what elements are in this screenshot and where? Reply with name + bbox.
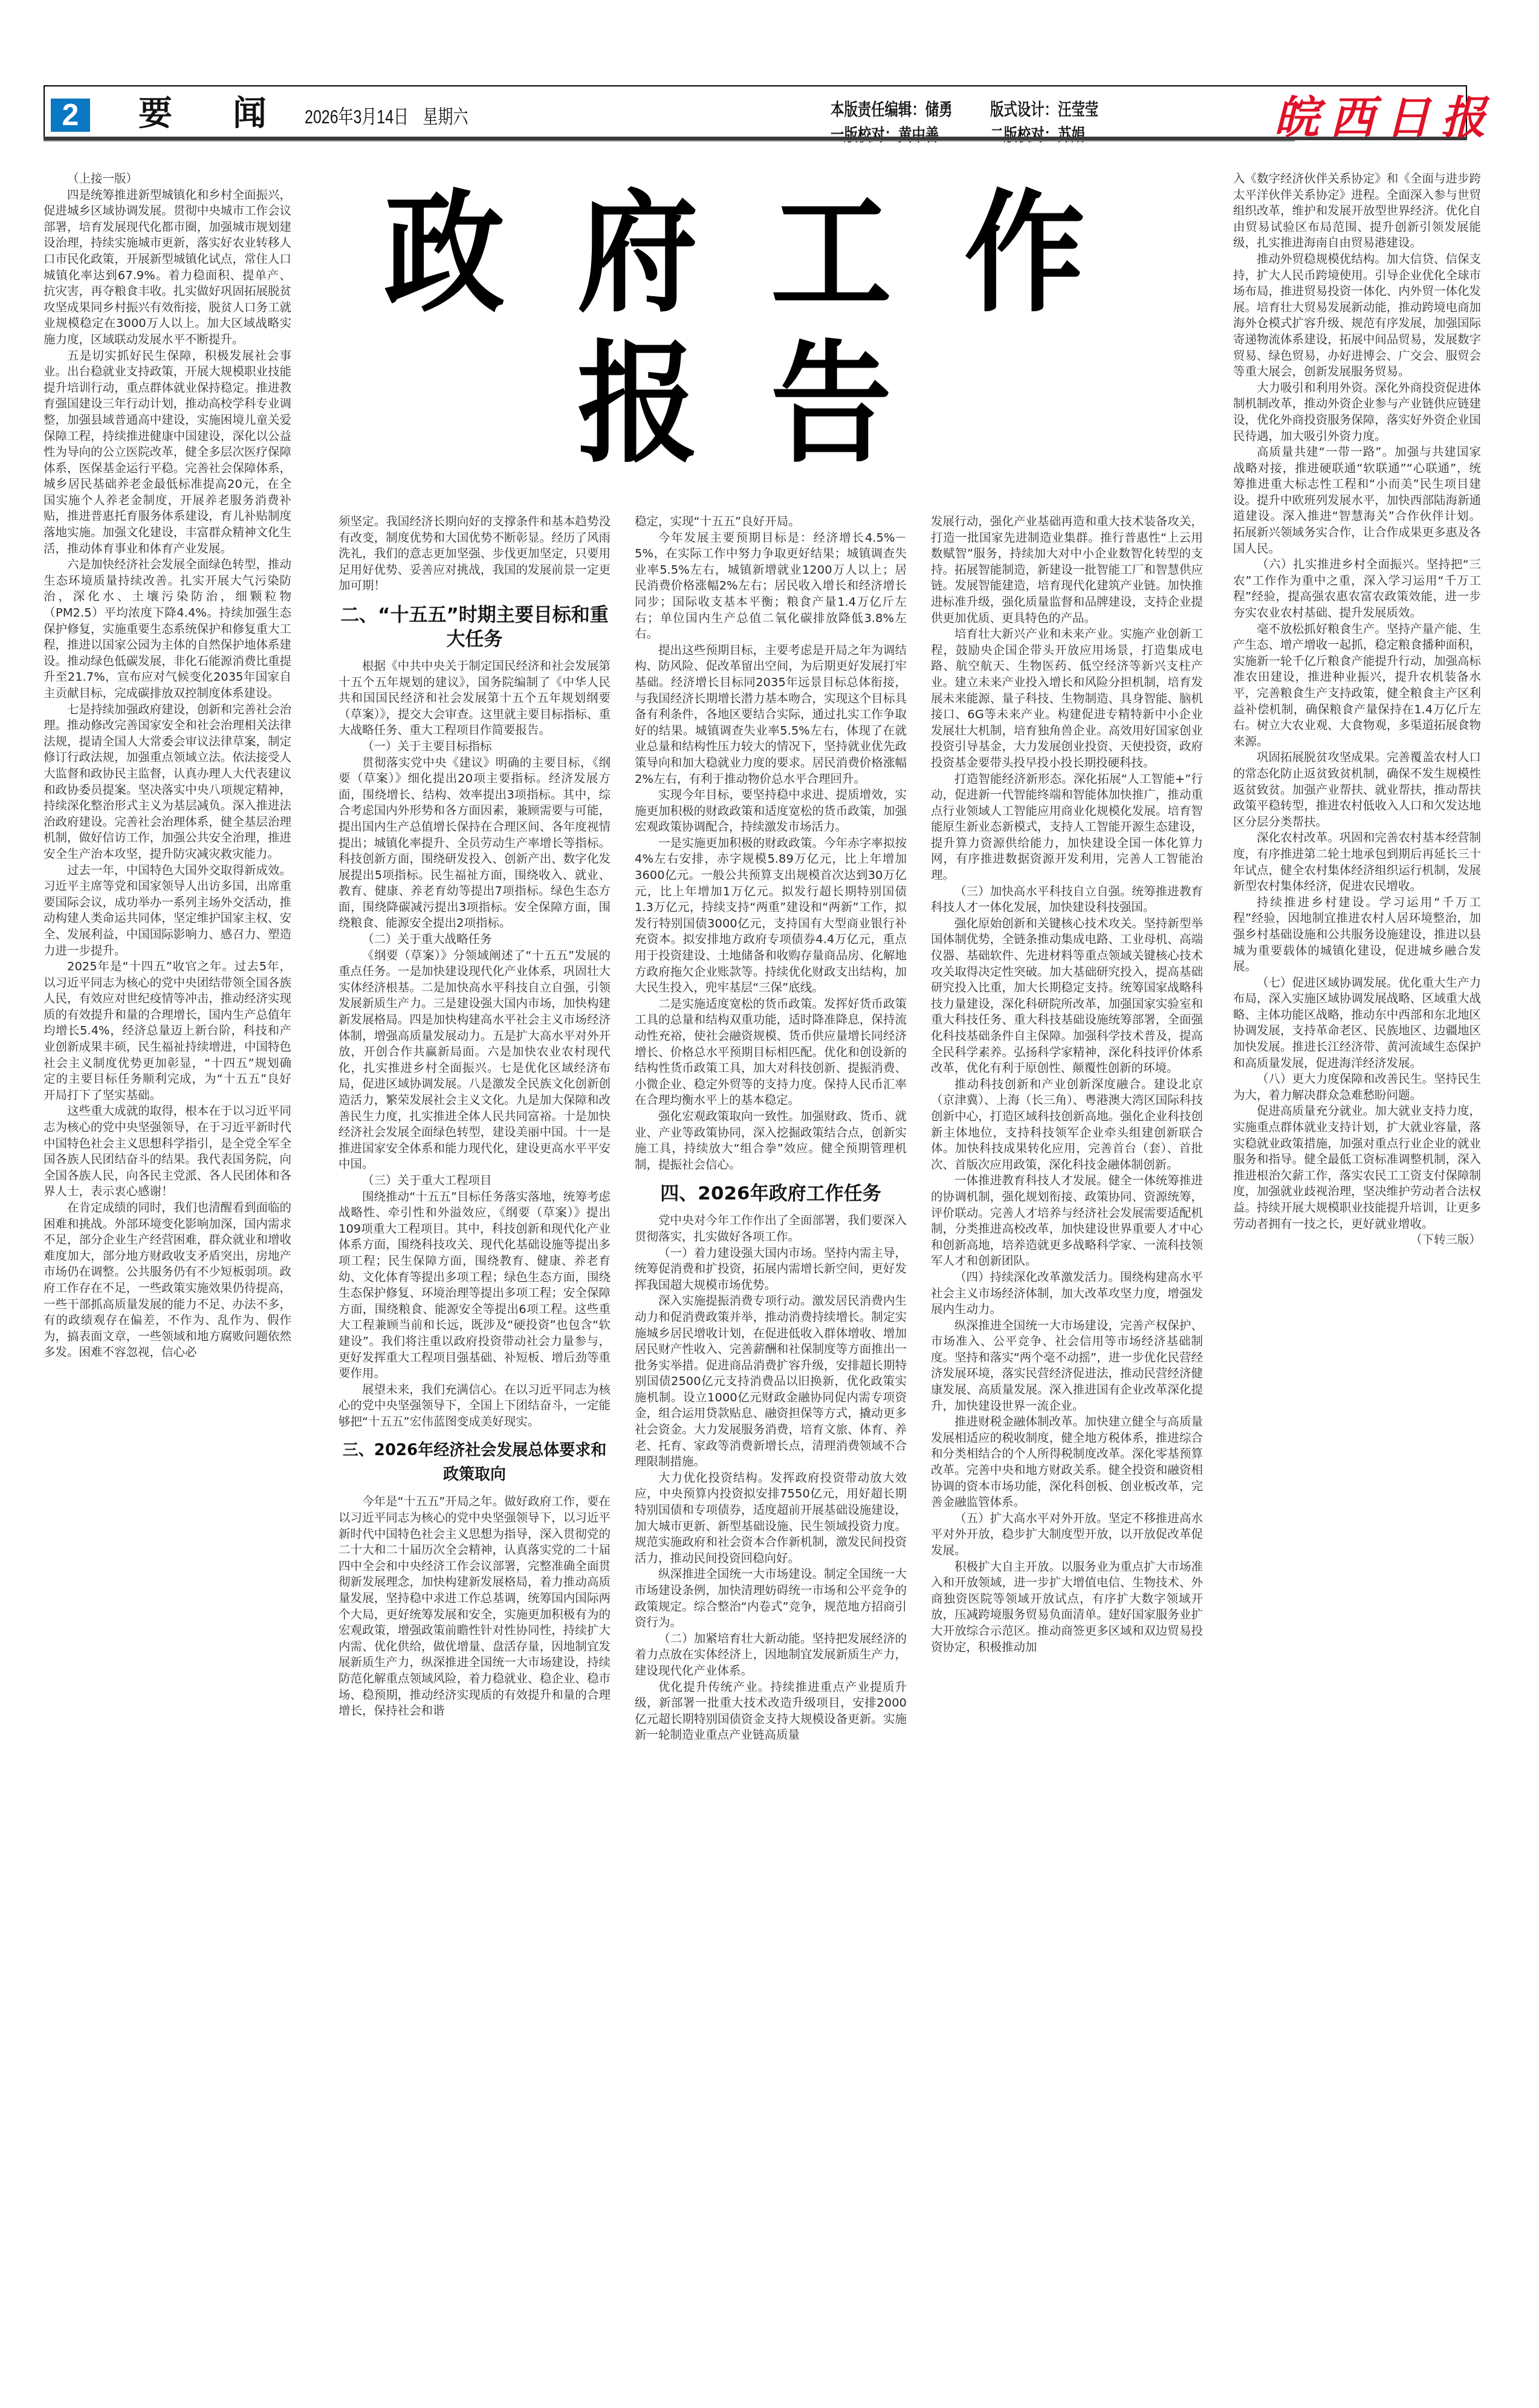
paragraph: （一）着力建设强大国内市场。坚持内需主导，统筹促消费和扩投资，拓展内需增长新空间… xyxy=(635,1245,907,1294)
weekday-text: 星期六 xyxy=(423,106,468,128)
paragraph: 五是切实抓好民生保障，积极发展社会事业。出台稳就业支持政策，开展大规模职业技能提… xyxy=(44,348,291,557)
paragraph: 推动科技创新和产业创新深度融合。建设北京（京津冀）、上海（长三角）、粤港澳大湾区… xyxy=(931,1077,1203,1173)
paragraph: 大力优化投资结构。发挥政府投资带动放大效应，中央预算内投资拟安排7550亿元，用… xyxy=(635,1470,907,1567)
continued-to: （下转三版） xyxy=(1233,1232,1481,1248)
paragraph: 一是实施更加积极的财政政策。今年赤字率拟按4%左右安排，赤字规模5.89万亿元，… xyxy=(635,836,907,996)
paragraph: 二是实施适度宽松的货币政策。发挥好货币政策工具的总量和结构双重功能，适时降准降息… xyxy=(635,996,907,1109)
paragraph: 持续推进乡村建设。学习运用“千万工程”经验，因地制宜推进农村人居环境整治，加强乡… xyxy=(1233,895,1481,975)
article-headline: 政府工作报告 xyxy=(326,180,1215,480)
column-4: 发展行动，强化产业基础再造和重大技术装备攻关，打造一批国家先进制造业集群。推行普… xyxy=(931,514,1203,1655)
paragraph: （四）持续深化改革激发活力。围绕构建高水平社会主义市场经济体制，加大改革攻坚力度… xyxy=(931,1270,1203,1318)
column-3: 稳定，实现“十五五”良好开局。 今年发展主要预期目标是：经济增长4.5%－5%，… xyxy=(635,514,907,1744)
paragraph: 促进高质量充分就业。加大就业支持力度，实施重点群体就业支持计划，扩大就业容量，落… xyxy=(1233,1103,1481,1232)
paragraph: 大力吸引和利用外资。深化外商投资促进体制机制改革，推动外资企业参与产业链供应链建… xyxy=(1233,380,1481,444)
paragraph: 今年发展主要预期目标是：经济增长4.5%－5%，在实际工作中努力争取更好结果；城… xyxy=(635,530,907,643)
paragraph: 在肯定成绩的同时，我们也清醒看到面临的困难和挑战。外部环境变化影响加深，国内需求… xyxy=(44,1200,291,1361)
paragraph: 入《数字经济伙伴关系协定》和《全面与进步跨太平洋伙伴关系协定》进程。全面深入参与… xyxy=(1233,171,1481,252)
paragraph: 推动外贸稳规模优结构。加大信贷、信保支持，扩大人民币跨境使用。引导企业优化全球市… xyxy=(1233,252,1481,380)
paragraph: （五）扩大高水平对外开放。坚定不移推进高水平对外开放，稳步扩大制度型开放，以开放… xyxy=(931,1511,1203,1559)
continued-from: （上接一版） xyxy=(44,171,291,187)
paragraph: 深入实施提振消费专项行动。激发居民消费内生动力和促消费政策并举，推动消费持续增长… xyxy=(635,1293,907,1470)
paragraph: 这些重大成就的取得，根本在于以习近平同志为核心的党中央坚强领导，在于习近平新时代… xyxy=(44,1103,291,1200)
paragraph: 实现今年目标，要坚持稳中求进、提质增效，实施更加积极的财政政策和适度宽松的货币政… xyxy=(635,787,907,836)
paragraph: 2025年是“十四五”收官之年。过去5年，以习近平同志为核心的党中央团结带领全国… xyxy=(44,959,291,1103)
paragraph: 须坚定。我国经济长期向好的支撑条件和基本趋势没有改变，制度优势和大国优势不断彰显… xyxy=(339,514,611,594)
paragraph: 巩固拓展脱贫攻坚成果。完善覆盖农村人口的常态化防止返贫致贫机制，确保不发生规模性… xyxy=(1233,750,1481,830)
paragraph: （六）扎实推进乡村全面振兴。坚持把“三农”工作作为重中之重，深入学习运用“千万工… xyxy=(1233,557,1481,621)
paragraph: 今年是“十五五”开局之年。做好政府工作，要在以习近平同志为核心的党中央坚强领导下… xyxy=(339,1494,611,1719)
editor-credits: 本版责任编辑：储勇 版式设计：汪莹莹 一版校对：黄中善 二版校对：苏娟 xyxy=(831,97,1205,148)
paragraph: 优化提升传统产业。持续推进重点产业提质升级，新部署一批重大技术改造升级项目，安排… xyxy=(635,1679,907,1744)
paragraph: （七）促进区域协调发展。优化重大生产力布局，深入实施区域协调发展战略、区域重大战… xyxy=(1233,975,1481,1072)
masthead: 2 要闻 2026年3月14日星期六 本版责任编辑：储勇 版式设计：汪莹莹 一版… xyxy=(44,85,1297,138)
paragraph: 贯彻落实党中央《建议》明确的主要目标，《纲要（草案）》细化提出20项主要指标。经… xyxy=(339,755,611,932)
paragraph: （二）加紧培育壮大新动能。坚持把发展经济的着力点放在实体经济上，因地制宜发展新质… xyxy=(635,1631,907,1679)
paragraph: 积极扩大自主开放。以服务业为重点扩大市场准入和开放领域，进一步扩大增值电信、生物… xyxy=(931,1559,1203,1656)
paragraph: 纵深推进全国统一大市场建设，完善产权保护、市场准入、公平竞争、社会信用等市场经济… xyxy=(931,1318,1203,1415)
paragraph: 深化农村改革。巩固和完善农村基本经营制度，有序推进第二轮土地承包到期后再延长三十… xyxy=(1233,830,1481,894)
date-text: 2026年3月14日 xyxy=(305,106,409,128)
column-5: 入《数字经济伙伴关系协定》和《全面与进步跨太平洋伙伴关系协定》进程。全面深入参与… xyxy=(1233,171,1481,1248)
credit-proof2: 二版校对：苏娟 xyxy=(990,123,1130,148)
subheading: （三）关于重大工程项目 xyxy=(339,1173,611,1189)
paragraph: 《纲要（草案）》分领域阐述了“十五五”发展的重点任务。一是加快建设现代化产业体系… xyxy=(339,948,611,1173)
section-heading-4: 四、2026年政府工作任务 xyxy=(635,1181,907,1206)
subheading: （一）关于主要目标指标 xyxy=(339,739,611,755)
paragraph: 围绕推动“十五五”目标任务落实落地，统筹考虑战略性、牵引性和外溢效应，《纲要（草… xyxy=(339,1189,611,1382)
paragraph: 推进财税金融体制改革。加快建立健全与高质量发展相适应的税收制度，健全地方税体系，… xyxy=(931,1414,1203,1511)
subheading: （二）关于重大战略任务 xyxy=(339,932,611,948)
page-number-badge: 2 xyxy=(51,99,90,132)
credit-designer: 版式设计：汪莹莹 xyxy=(990,97,1130,123)
newspaper-logo: 皖西日报 xyxy=(1274,92,1497,144)
column-1: （上接一版） 四是统筹推进新型城镇化和乡村全面振兴，促进城乡区域协调发展。贯彻中… xyxy=(44,171,291,1361)
paragraph: 高质量共建“一带一路”。加强与共建国家战略对接，推进硬联通“软联通”“心联通”，… xyxy=(1233,444,1481,557)
paragraph: 强化宏观政策取向一致性。加强财政、货币、就业、产业等政策协同，深入挖掘政策结合点… xyxy=(635,1109,907,1173)
paragraph: 稳定，实现“十五五”良好开局。 xyxy=(635,514,907,530)
paragraph: 强化原始创新和关键核心技术攻关。坚持新型举国体制优势，全链条推动集成电路、工业母… xyxy=(931,916,1203,1077)
paragraph: 培育壮大新兴产业和未来产业。实施产业创新工程，鼓励央企国企带头开放应用场景，打造… xyxy=(931,626,1203,771)
paragraph: 党中央对今年工作作出了全面部署，我们要深入贯彻落实，扎实做好各项工作。 xyxy=(635,1213,907,1245)
paragraph: 过去一年，中国特色大国外交取得新成效。习近平主席等党和国家领导人出访多国，出席重… xyxy=(44,863,291,959)
paragraph: （三）加快高水平科技自立自强。统筹推进教育科技人才一体化发展，加快建设科技强国。 xyxy=(931,884,1203,916)
paragraph: 根据《中共中央关于制定国民经济和社会发展第十五个五年规划的建议》，国务院编制了《… xyxy=(339,658,611,739)
section-heading-3: 三、2026年经济社会发展总体要求和政策取向 xyxy=(339,1438,611,1487)
column-2: 须坚定。我国经济长期向好的支撑条件和基本趋势没有改变，制度优势和大国优势不断彰显… xyxy=(339,514,611,1719)
paragraph: 四是统筹推进新型城镇化和乡村全面振兴，促进城乡区域协调发展。贯彻中央城市工作会议… xyxy=(44,187,291,348)
credit-editor: 本版责任编辑：储勇 xyxy=(831,97,971,123)
paragraph: 打造智能经济新形态。深化拓展“人工智能+”行动，促进新一代智能终端和智能体加快推… xyxy=(931,771,1203,884)
paragraph: （八）更大力度保障和改善民生。坚持民生为大，着力解决群众急难愁盼问题。 xyxy=(1233,1071,1481,1103)
section-name: 要闻 xyxy=(138,94,327,134)
paragraph: 展望未来，我们充满信心。在以习近平同志为核心的党中央坚强领导下，全国上下团结奋斗… xyxy=(339,1382,611,1430)
paragraph: 发展行动，强化产业基础再造和重大技术装备攻关，打造一批国家先进制造业集群。推行普… xyxy=(931,514,1203,626)
paragraph: 六是加快经济社会发展全面绿色转型，推动生态环境质量持续改善。扎实开展大气污染防治… xyxy=(44,557,291,701)
paragraph: 一体推进教育科技人才发展。健全一体统筹推进的协调机制，强化规划衔接、政策协同、资… xyxy=(931,1173,1203,1270)
paragraph: 七是持续加强政府建设，创新和完善社会治理。推动修改完善国家安全和社会治理相关法律… xyxy=(44,702,291,863)
paragraph: 毫不放松抓好粮食生产。坚持产量产能、生产生态、增产增收一起抓，稳定粮食播种面积，… xyxy=(1233,621,1481,750)
masthead-divider xyxy=(44,137,1295,140)
section-heading-2: 二、“十五五”时期主要目标和重大任务 xyxy=(339,603,611,651)
paragraph: 提出这些预期目标，主要考虑是开局之年为调结构、防风险、促改革留出空间，为后期更好… xyxy=(635,643,907,787)
paragraph: 纵深推进全国统一大市场建设。制定全国统一大市场建设条例，加快清理妨碍统一市场和公… xyxy=(635,1566,907,1631)
credit-proof1: 一版校对：黄中善 xyxy=(831,123,971,148)
issue-date: 2026年3月14日星期六 xyxy=(305,105,468,129)
